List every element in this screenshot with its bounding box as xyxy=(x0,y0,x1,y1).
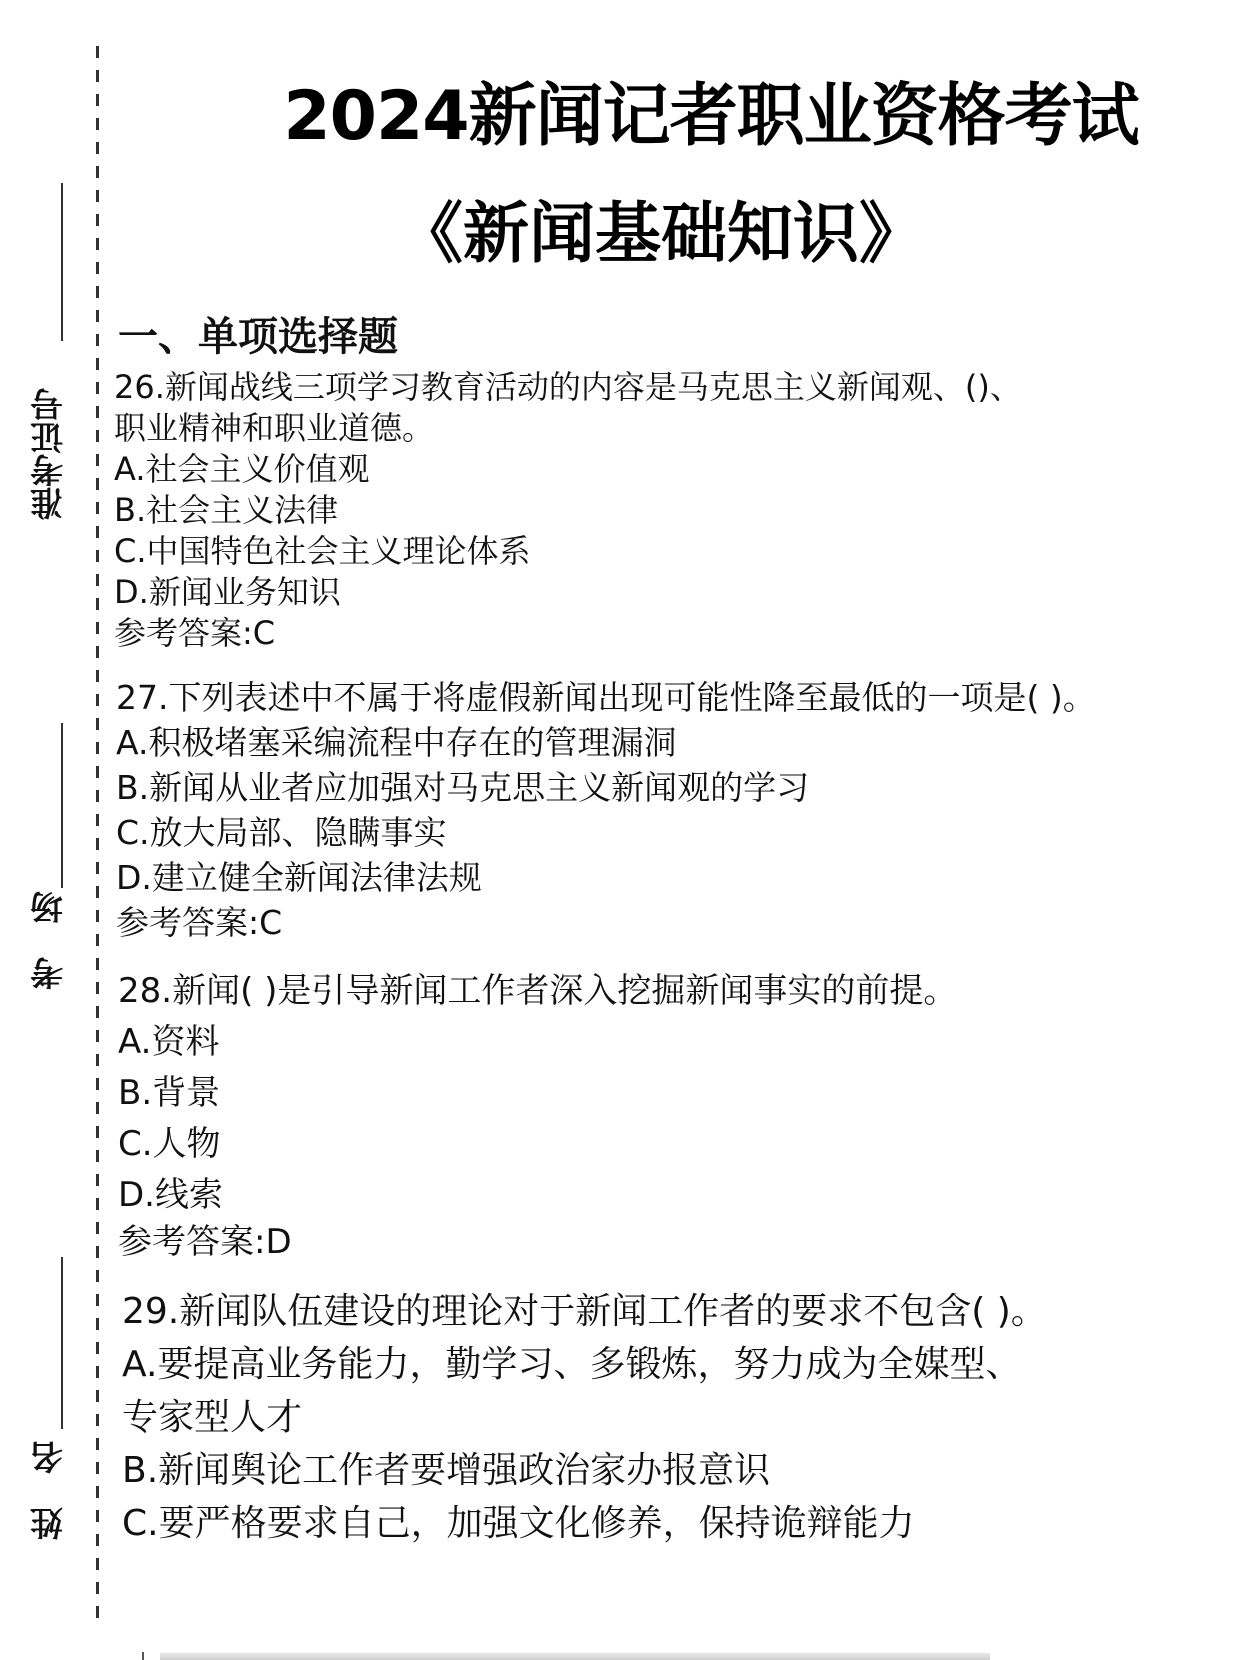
exam-room-label: 考 场 xyxy=(32,890,72,990)
option-c: C.要严格要求自己，加强文化修养，保持诡辩能力 xyxy=(122,1495,915,1546)
option-c: C.人物 xyxy=(118,1116,221,1165)
cut-line-dashed xyxy=(96,46,99,1626)
question-stem: 27.下列表述中不属于将虚假新闻出现可能性降至最低的一项是( )。 xyxy=(116,672,1096,719)
option-d: D.新闻业务知识 xyxy=(114,567,341,613)
page-title: 2024新闻记者职业资格考试 xyxy=(0,62,1242,159)
question-stem: 28.新闻( )是引导新闻工作者深入挖掘新闻事实的前提。 xyxy=(118,963,957,1012)
option-a: A.资料 xyxy=(118,1014,219,1063)
option-c: C.中国特色社会主义理论体系 xyxy=(114,526,531,572)
answer: 参考答案:C xyxy=(114,608,275,654)
option-b: B.社会主义法律 xyxy=(114,485,338,531)
name-label: 姓 名 xyxy=(32,1440,72,1540)
section-heading: 一、单项选择题 xyxy=(118,305,398,362)
bottom-cutoff-strip xyxy=(160,1653,990,1660)
option-a-cont: 专家型人才 xyxy=(122,1389,302,1440)
option-a: A.社会主义价值观 xyxy=(114,444,370,490)
bottom-edge-mark xyxy=(142,1652,144,1660)
question-stem: 29.新闻队伍建设的理论对于新闻工作者的要求不包含( )。 xyxy=(122,1283,1047,1334)
option-c: C.放大局部、隐瞒事实 xyxy=(116,807,447,854)
answer: 参考答案:D xyxy=(118,1214,292,1263)
question-stem: 26.新闻战线三项学习教育活动的内容是马克思主义新闻观、()、 xyxy=(114,362,1022,408)
exam-id-label: 准考证号 xyxy=(32,350,72,520)
answer: 参考答案:C xyxy=(116,897,282,944)
option-a: A.要提高业务能力，勤学习、多锻炼，努力成为全媒型、 xyxy=(122,1336,1021,1387)
page-subtitle: 《新闻基础知识》 xyxy=(0,180,1242,275)
name-fill-line xyxy=(61,1257,63,1429)
option-b: B.背景 xyxy=(118,1065,220,1114)
option-a: A.积极堵塞采编流程中存在的管理漏洞 xyxy=(116,717,676,764)
option-d: D.建立健全新闻法律法规 xyxy=(116,852,482,899)
question-stem-cont: 职业精神和职业道德。 xyxy=(114,403,434,449)
option-d: D.线索 xyxy=(118,1167,223,1216)
option-b: B.新闻从业者应加强对马克思主义新闻观的学习 xyxy=(116,762,809,809)
option-b: B.新闻舆论工作者要增强政治家办报意识 xyxy=(122,1442,770,1493)
exam-room-fill-line xyxy=(61,723,63,888)
